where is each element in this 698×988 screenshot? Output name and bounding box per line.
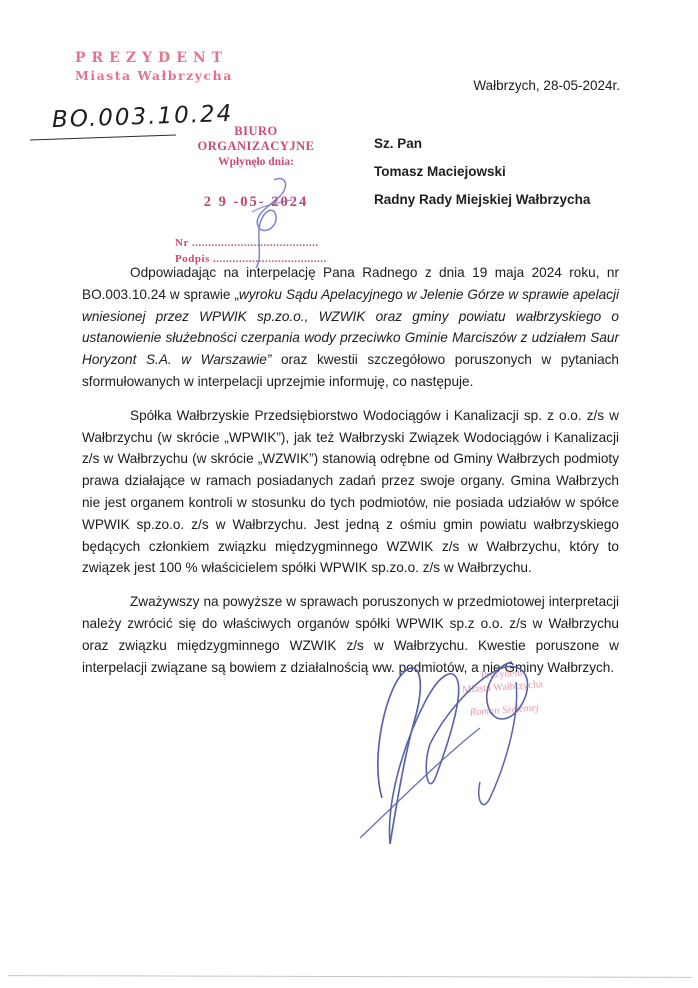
scanned-letter-page: PREZYDENT Miasta Wałbrzycha Wałbrzych, 2… — [0, 0, 698, 988]
stamp-signature-scribble — [232, 172, 302, 272]
letter-body: Odpowiadając na interpelację Pana Radneg… — [82, 262, 619, 690]
paragraph-1: Odpowiadając na interpelację Pana Radneg… — [82, 262, 619, 393]
handwritten-underline — [30, 134, 176, 140]
president-signature-scribble — [352, 648, 562, 858]
letterhead: PREZYDENT Miasta Wałbrzycha — [75, 50, 233, 83]
recipient-salutation: Sz. Pan — [374, 136, 590, 151]
letterhead-title: PREZYDENT — [75, 50, 233, 67]
recipient-name: Tomasz Maciejowski — [374, 164, 590, 179]
stamp-office-title: BIURO ORGANIZACYJNE — [175, 124, 337, 154]
paragraph-2: Spółka Wałbrzyskie Przedsiębiorstwo Wodo… — [82, 405, 619, 579]
scan-artifact-line — [8, 975, 692, 978]
letterhead-subtitle: Miasta Wałbrzycha — [75, 68, 233, 83]
date-line: Wałbrzych, 28-05-2024r. — [473, 78, 620, 93]
recipient-title: Radny Rady Miejskiej Wałbrzycha — [374, 192, 590, 207]
recipient-block: Sz. Pan Tomasz Maciejowski Radny Rady Mi… — [374, 136, 590, 220]
stamp-received-label: Wpłynęło dnia: — [175, 156, 337, 168]
